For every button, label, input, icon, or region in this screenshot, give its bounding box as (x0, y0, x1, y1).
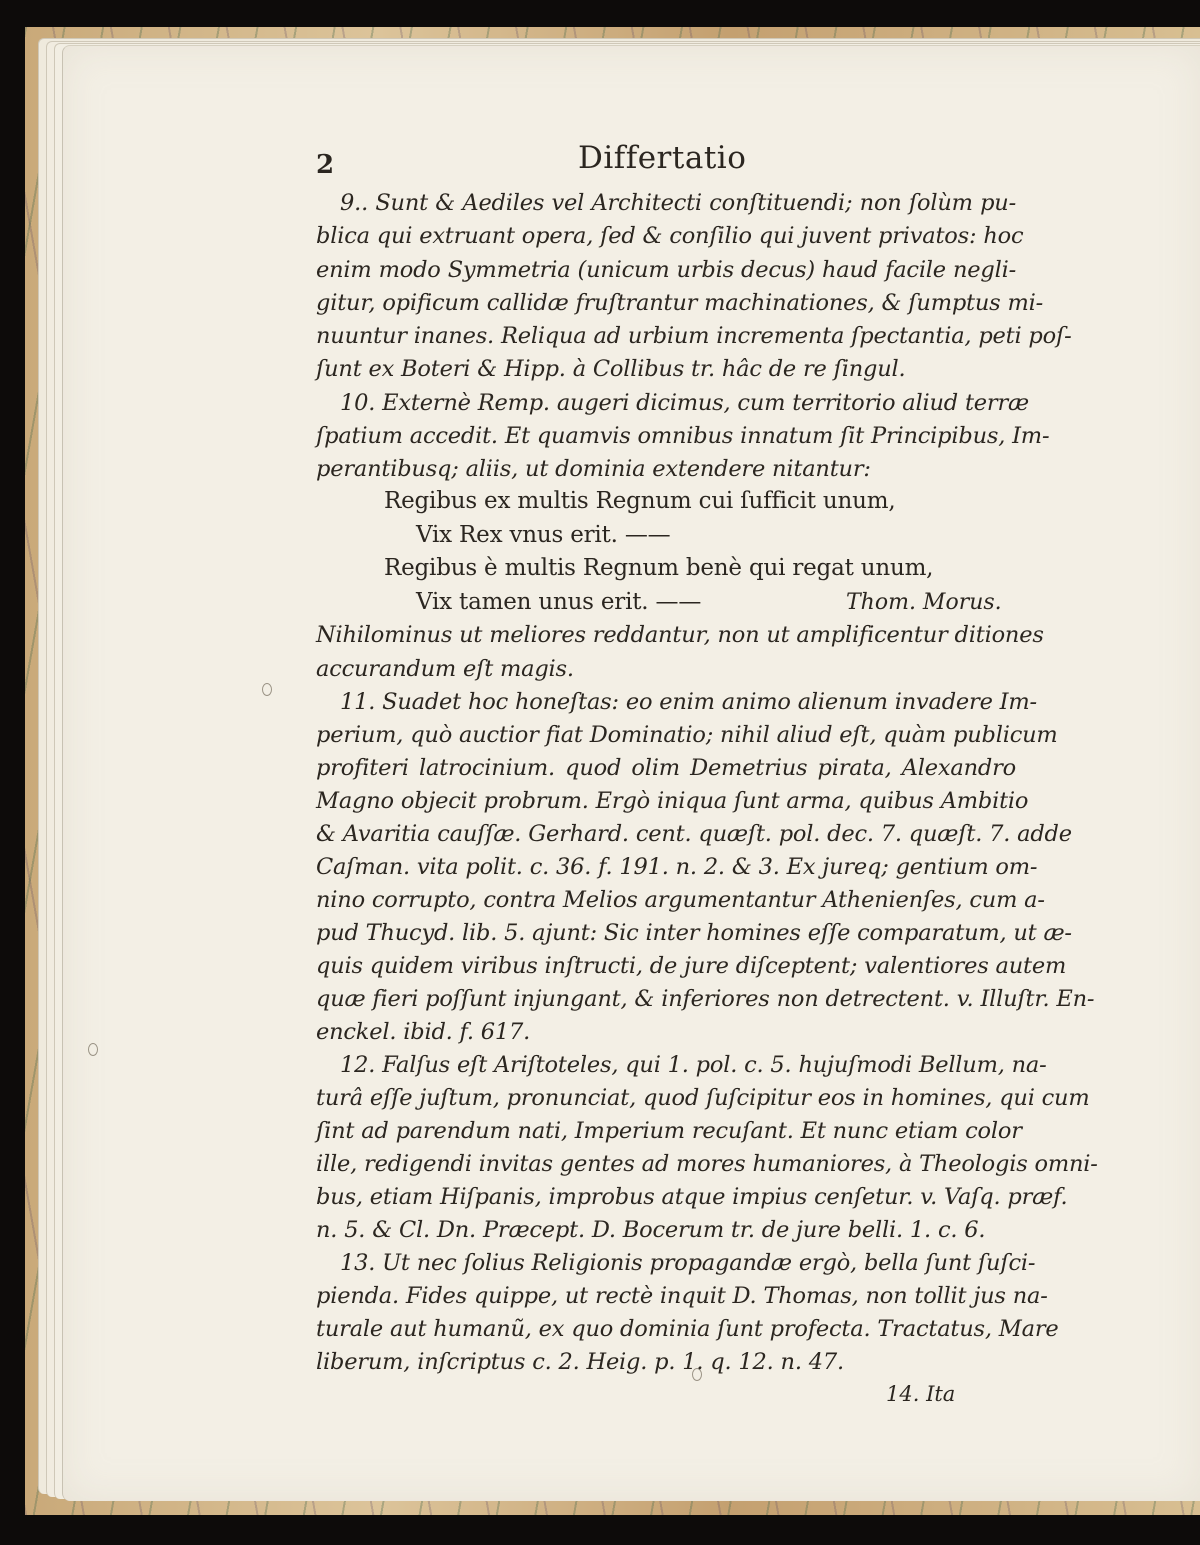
paragraph-9-line: gitur, opificum callidæ fruſtrantur mach… (316, 290, 1016, 316)
paragraph-12-line: bus, etiam Hiſpanis, improbus atque impi… (316, 1184, 1016, 1210)
paragraph-13-line: pienda. Fides quippe, ut rectè inquit D.… (316, 1283, 1016, 1309)
paragraph-13-line: 13. Ut nec ſolius Religionis propagandæ … (340, 1250, 1016, 1276)
verse-line: Vix Rex vnus erit. —— (416, 522, 670, 548)
paragraph-11-line: enckel. ibid. f. 617. (316, 1019, 1016, 1045)
paragraph-10-line: Nihilominus ut meliores reddantur, non u… (316, 622, 1016, 648)
paragraph-12-line: 12. Falſus eſt Ariſtoteles, qui 1. pol. … (340, 1052, 1016, 1078)
paragraph-9-line: nuuntur inanes. Reliqua ad urbium increm… (316, 323, 1016, 349)
paragraph-11-line: 11. Suadet hoc honeſtas: eo enim animo a… (340, 689, 1016, 715)
paragraph-11-line: Magno objecit probrum. Ergò iniqua ſunt … (316, 788, 1016, 814)
running-title: Differtatio (578, 140, 746, 176)
paragraph-11-line: profiteri latrocinium. quod olim Demetri… (316, 755, 1016, 781)
running-head: 2 Differtatio (0, 140, 1200, 180)
paragraph-11-line: quæ fieri poſſunt injungant, & inferiore… (316, 986, 1016, 1012)
paragraph-9-line: blica qui extruant opera, ſed & conſilio… (316, 223, 1016, 249)
verse-line: Vix tamen unus erit. —— (416, 589, 701, 615)
paragraph-12-line: turâ eſſe juſtum, pronunciat, quod ſuſci… (316, 1085, 1016, 1111)
paragraph-11-line: perium, quò auctior fiat Dominatio; nihi… (316, 722, 1016, 748)
paragraph-10-line: ſpatium accedit. Et quamvis omnibus inna… (316, 423, 1016, 449)
paragraph-12-line: ſint ad parendum nati, Imperium recuſant… (316, 1118, 1016, 1144)
verse-line: Regibus è multis Regnum benè qui regat u… (384, 555, 933, 581)
paragraph-10-line: 10. Externè Remp. augeri dicimus, cum te… (340, 390, 1016, 416)
paragraph-11-line: nino corrupto, contra Melios argumentant… (316, 887, 1016, 913)
stain-mark (262, 683, 272, 696)
paragraph-11-line: Caſman. vita polit. c. 36. f. 191. n. 2.… (316, 854, 1016, 880)
paragraph-12-line: n. 5. & Cl. Dn. Præcept. D. Bocerum tr. … (316, 1217, 1016, 1243)
paragraph-10-line: accurandum eſt magis. (316, 656, 1016, 682)
paragraph-13-line: turale aut humanũ, ex quo dominia ſunt p… (316, 1316, 1016, 1342)
paragraph-9-line: 9.. Sunt & Aediles vel Architecti conſti… (340, 190, 1016, 216)
paragraph-11-line: & Avaritia cauſſæ. Gerhard. cent. quæſt.… (316, 821, 1016, 847)
paragraph-12-line: ille, redigendi invitas gentes ad mores … (316, 1151, 1016, 1177)
verse-attribution: Thom. Morus. (846, 590, 1002, 615)
paragraph-9-line: enim modo Symmetria (unicum urbis decus)… (316, 257, 1016, 283)
page-number: 2 (316, 150, 334, 180)
stain-mark (88, 1043, 98, 1056)
paragraph-11-line: quis quidem viribus inſtructi, de jure d… (316, 953, 1016, 979)
paragraph-11-line: pud Thucyd. lib. 5. ajunt: Sic inter hom… (316, 920, 1016, 946)
paragraph-10-line: perantibusq; aliis, ut dominia extendere… (316, 456, 1016, 482)
verse-line: Regibus ex multis Regnum cui ſufficit un… (384, 488, 895, 514)
paragraph-13-line: liberum, inſcriptus c. 2. Heig. p. 1. q.… (316, 1349, 1016, 1375)
catchword: 14. Ita (886, 1382, 955, 1406)
paragraph-9-line: ſunt ex Boteri & Hipp. à Collibus tr. hâ… (316, 356, 1016, 382)
